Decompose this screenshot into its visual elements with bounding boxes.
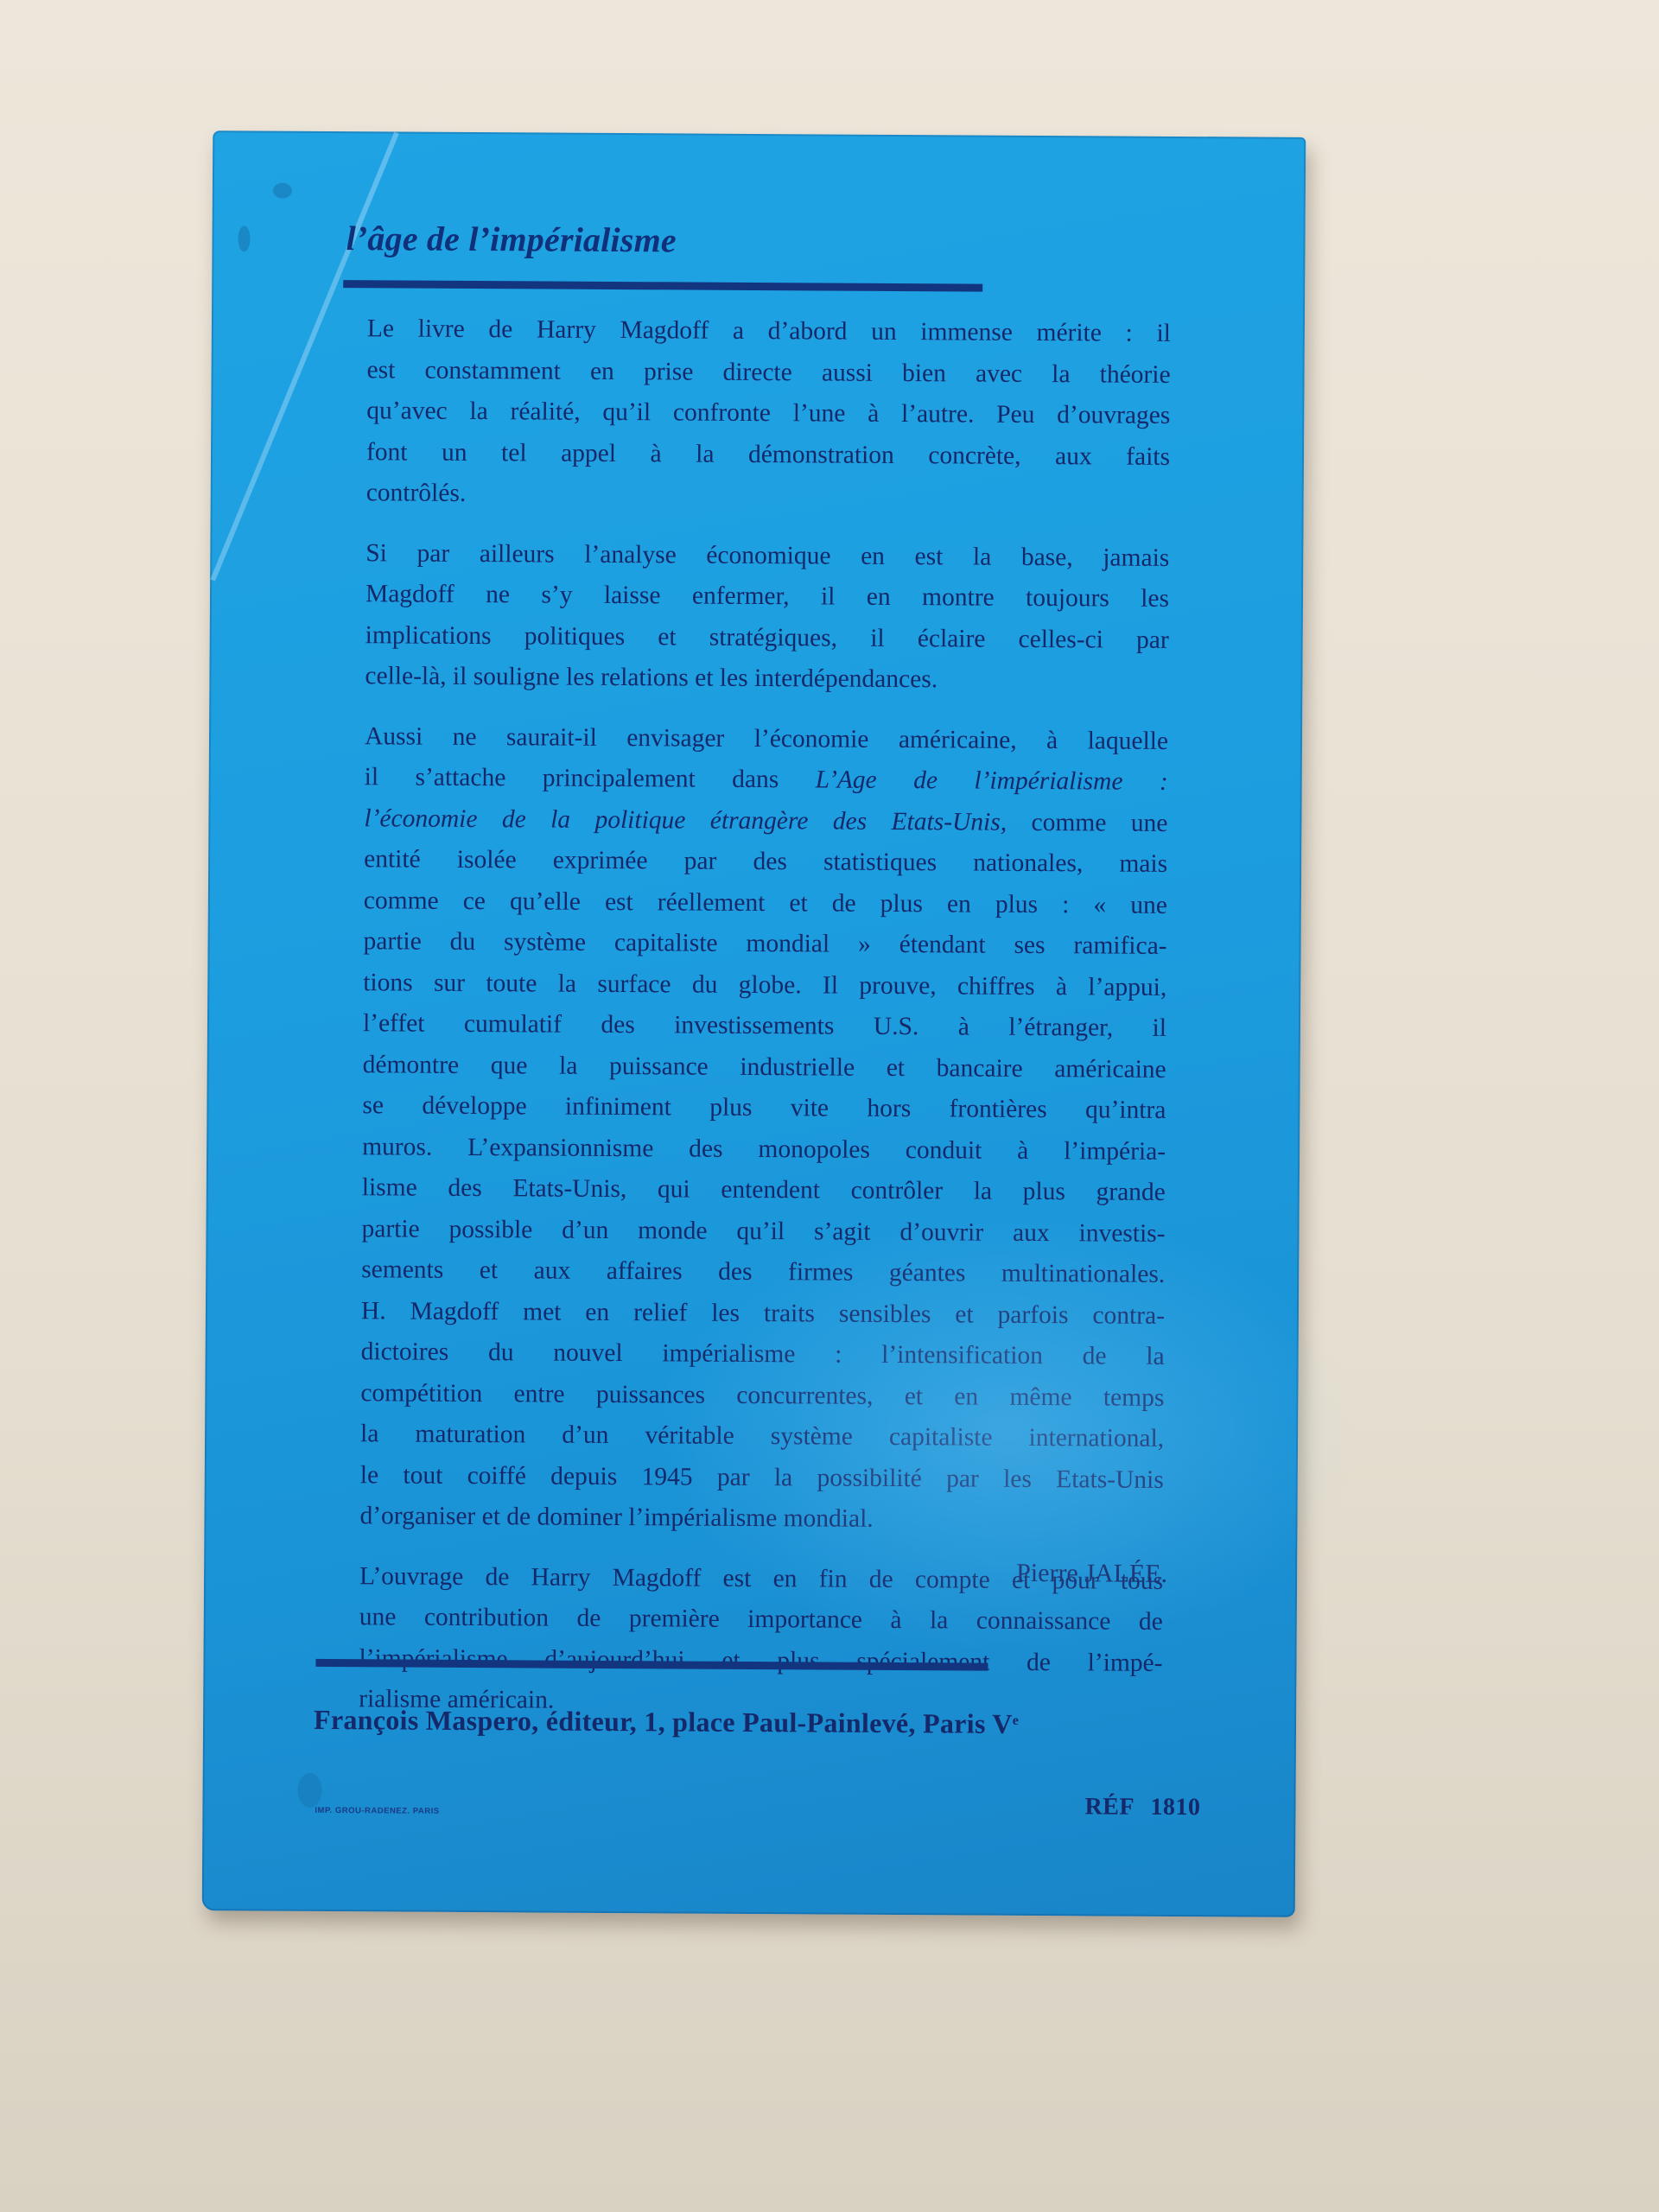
text-segment: comme une xyxy=(1031,808,1167,836)
text-line: partie possible d’un monde qu’il s’agit … xyxy=(361,1209,1165,1255)
book-subtitle-italic: l’économie de la politique étrangère des… xyxy=(364,804,1007,836)
publisher-line: François Maspero, éditeur, 1, place Paul… xyxy=(314,1704,1199,1741)
stain xyxy=(238,226,250,251)
text-line: la maturation d’un véritable système cap… xyxy=(360,1414,1164,1459)
text-line: l’effet cumulatif des investissements U.… xyxy=(363,1003,1166,1049)
text-line: Aussi ne saurait-il envisager l’économie… xyxy=(365,716,1168,762)
text-line: il s’attache principalement dans L’Age d… xyxy=(365,757,1168,803)
text-line: tions sur toute la surface du globe. Il … xyxy=(363,963,1166,1008)
text-line: compétition entre puissances concurrente… xyxy=(360,1373,1164,1419)
text-line: une contribution de première importance … xyxy=(359,1597,1163,1643)
text-line: sements et aux affaires des firmes géant… xyxy=(361,1249,1165,1295)
text-line: qu’avec la réalité, qu’il confronte l’un… xyxy=(366,391,1170,436)
stain xyxy=(273,183,292,199)
text-line: est constamment en prise directe aussi b… xyxy=(366,350,1170,396)
text-line: d’organiser et de dominer l’impérialisme… xyxy=(359,1496,1163,1541)
text-line: Magdoff ne s’y laisse enfermer, il en mo… xyxy=(365,574,1169,620)
text-line: H. Magdoff met en relief les traits sens… xyxy=(361,1291,1165,1337)
text-line: comme ce qu’elle est réellement et de pl… xyxy=(364,880,1167,926)
text-line: le tout coiffé depuis 1945 par la possib… xyxy=(360,1455,1164,1501)
printer-credit: IMP. GROU-RADENEZ. PARIS xyxy=(315,1806,439,1816)
text-line: dictoires du nouvel impérialisme : l’int… xyxy=(361,1332,1165,1377)
text-line: contrôlés. xyxy=(366,473,1170,518)
paragraph-2: Si par ailleurs l’analyse économique en … xyxy=(365,533,1169,702)
text-line: font un tel appel à la démonstration con… xyxy=(366,432,1170,478)
reference-number: RÉF 1810 xyxy=(1084,1793,1200,1821)
paragraph-3: Aussi ne saurait-il envisager l’économie… xyxy=(359,716,1168,1542)
text-line: entité isolée exprimée par des statistiq… xyxy=(364,839,1167,885)
stain xyxy=(297,1773,321,1808)
text-line: l’économie de la politique étrangère des… xyxy=(364,798,1167,844)
text-segment: il s’attache principalement dans xyxy=(365,763,779,793)
title-rule xyxy=(343,280,982,292)
book-title-italic: L’Age de l’impérialisme : xyxy=(816,766,1168,795)
paragraph-1: Le livre de Harry Magdoff a d’abord un i… xyxy=(366,308,1171,518)
text-line: Si par ailleurs l’analyse économique en … xyxy=(365,533,1169,579)
text-line: se développe infiniment plus vite hors f… xyxy=(362,1085,1166,1131)
text-line: démontre que la puissance industrielle e… xyxy=(363,1045,1166,1090)
cover-title: l’âge de l’impérialisme xyxy=(346,218,677,260)
text-line: muros. L’expansionnisme des monopoles co… xyxy=(362,1127,1166,1173)
text-line: partie du système capitaliste mondial » … xyxy=(363,921,1166,967)
author-signature: Pierre JALÉE. xyxy=(1016,1559,1167,1589)
text-line: implications politiques et stratégiques,… xyxy=(365,615,1169,661)
publisher-address: François Maspero, éditeur, 1, place Paul… xyxy=(314,1704,1013,1739)
book-back-cover: l’âge de l’impérialisme Le livre de Harr… xyxy=(202,130,1306,1917)
text-line: lisme des Etats-Unis, qui entendent cont… xyxy=(362,1167,1166,1213)
arrondissement-superscript: e xyxy=(1013,1713,1020,1728)
text-line: Le livre de Harry Magdoff a d’abord un i… xyxy=(367,308,1171,354)
blurb-text: Le livre de Harry Magdoff a d’abord un i… xyxy=(359,308,1171,1744)
text-line: celle-là, il souligne les relations et l… xyxy=(365,656,1168,702)
